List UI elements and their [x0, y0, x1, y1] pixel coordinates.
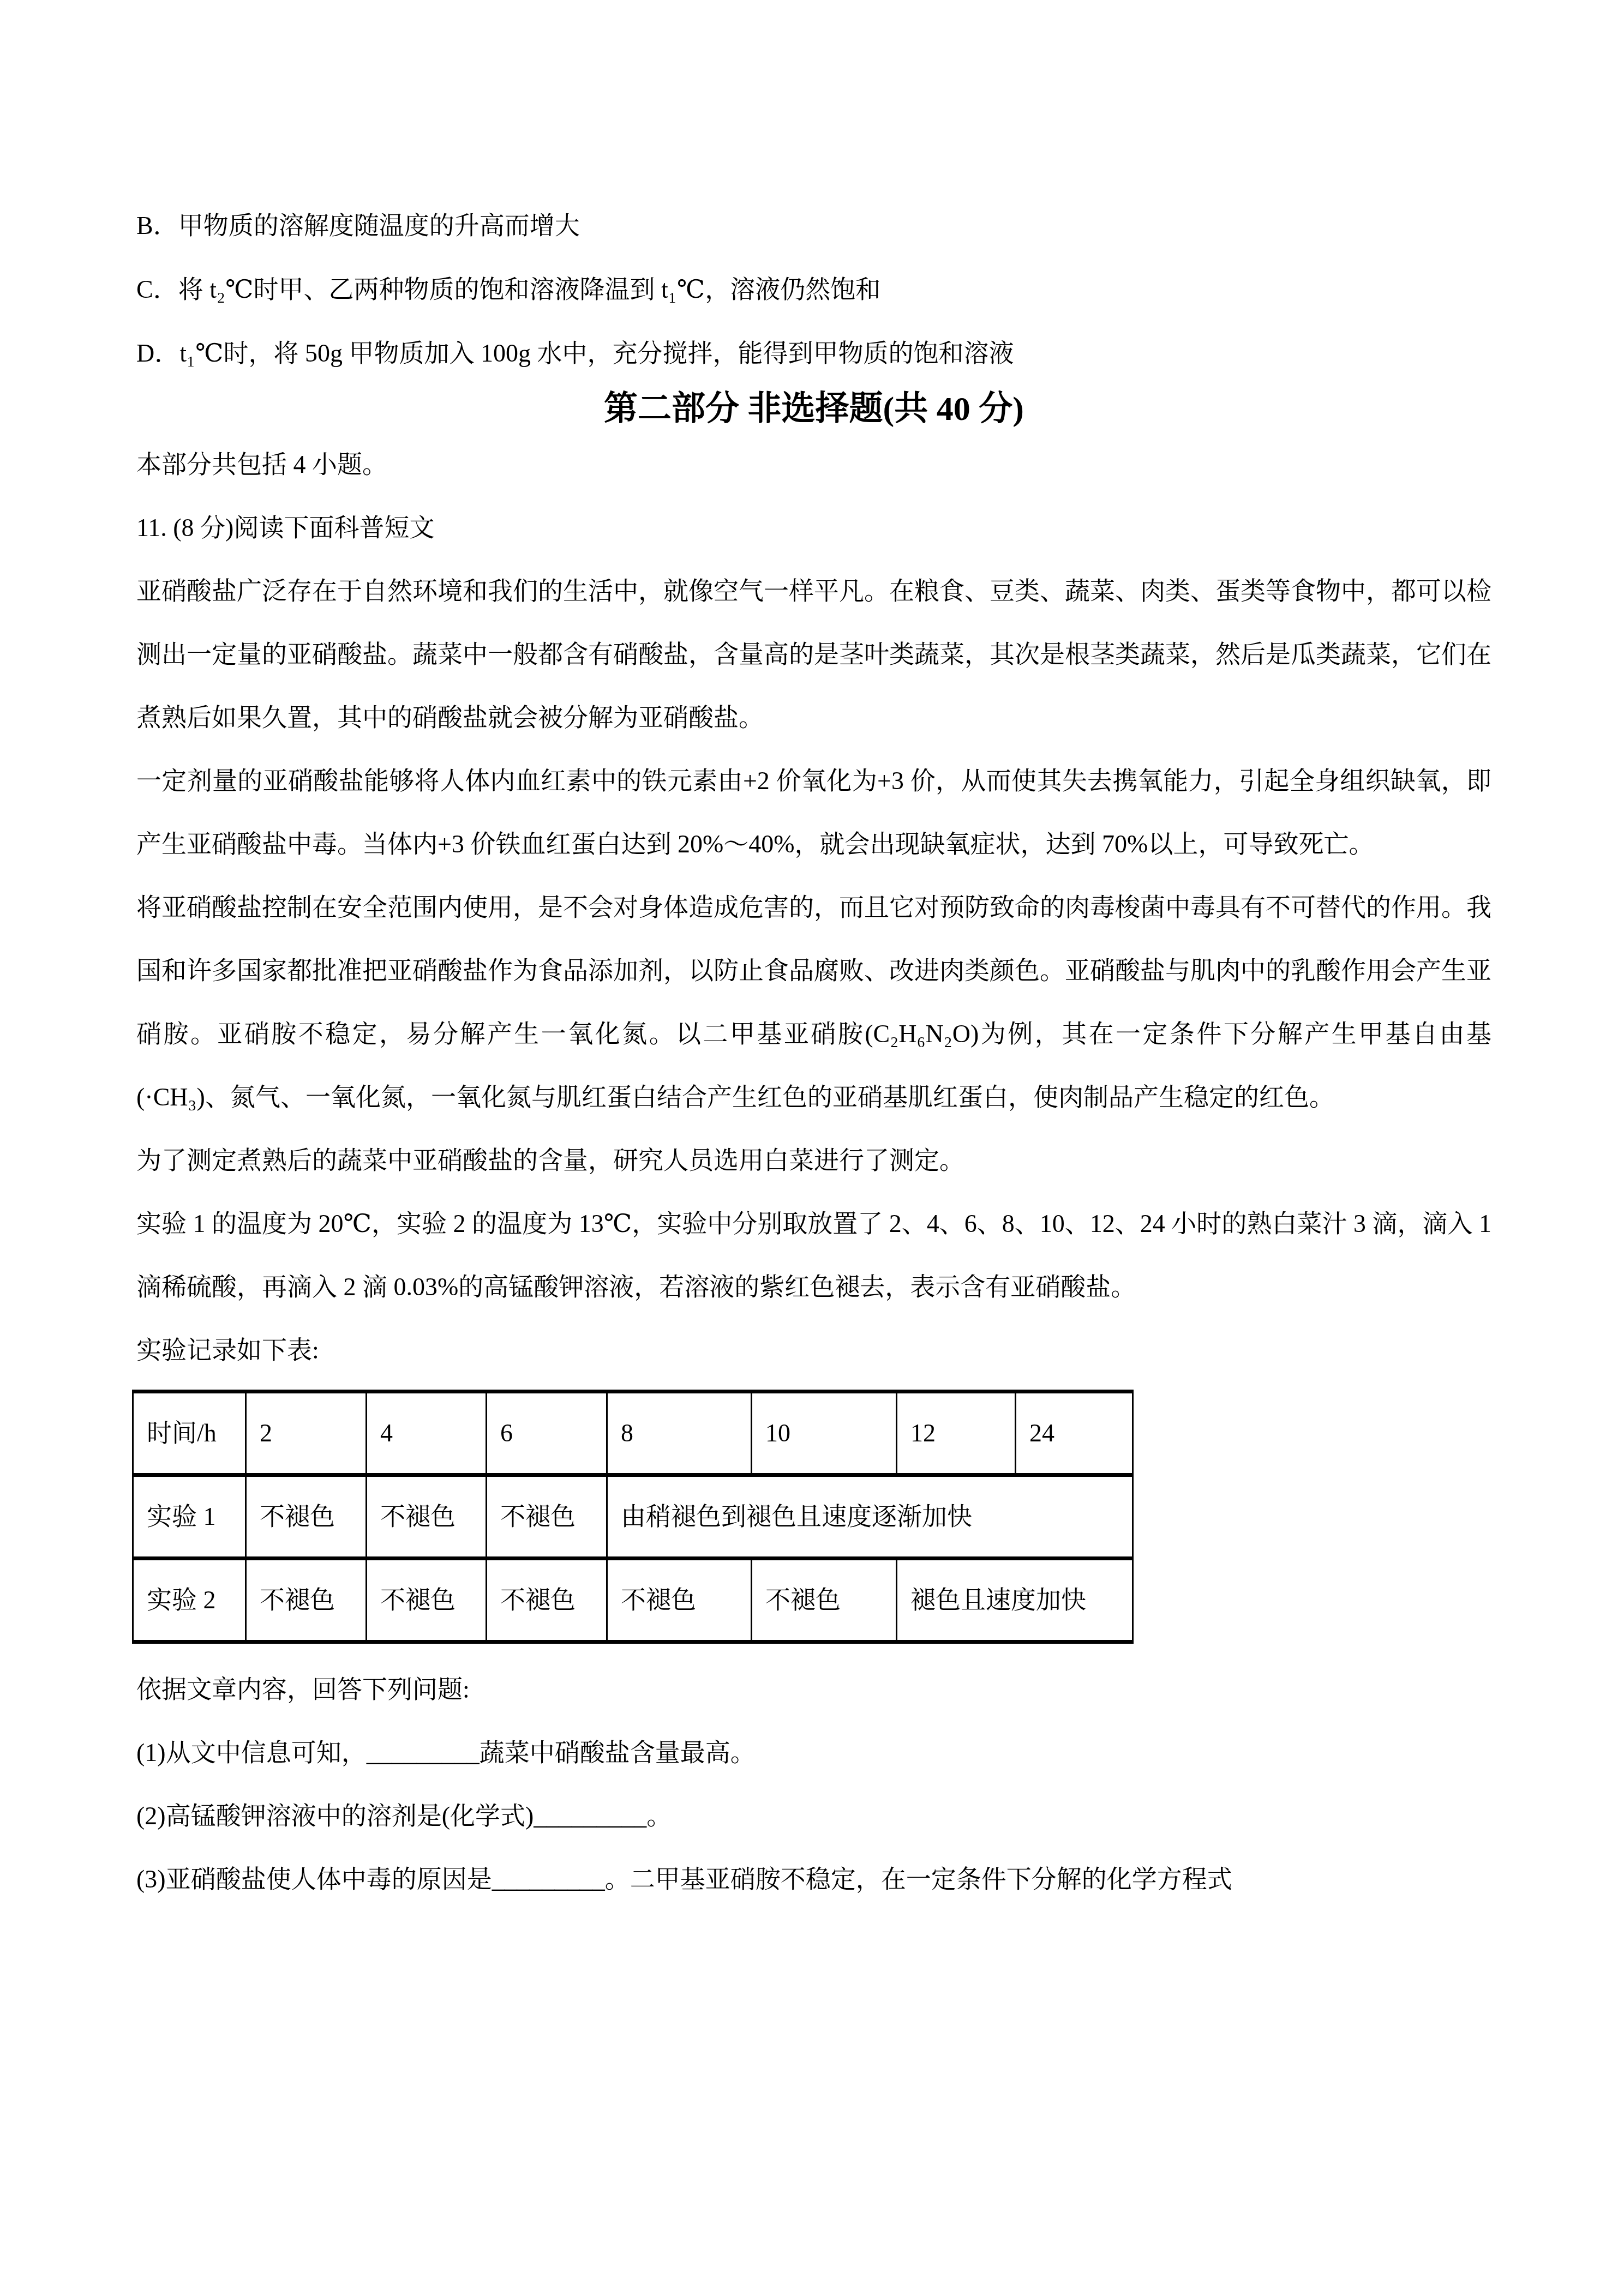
table-row-experiment-1: 实验 1 不褪色 不褪色 不褪色 由稍褪色到褪色且速度逐渐加快: [133, 1475, 1133, 1559]
choice-options: B．甲物质的溶解度随温度的升高而增大 C．将 t₂℃时甲、乙两种物质的饱和溶液降…: [136, 0, 1491, 385]
table-cell-exp1-merged: 由稍褪色到褪色且速度逐渐加快: [607, 1475, 1133, 1559]
table-caption: 实验记录如下表:: [136, 1319, 1491, 1382]
table-row-experiment-2: 实验 2 不褪色 不褪色 不褪色 不褪色 不褪色 褪色且速度加快: [133, 1559, 1133, 1642]
page-content: B．甲物质的溶解度随温度的升高而增大 C．将 t₂℃时甲、乙两种物质的饱和溶液降…: [136, 0, 1491, 1911]
experiment-record-table: 时间/h 2 4 6 8 10 12 24 实验 1 不褪色 不褪色 不褪色 由…: [132, 1390, 1134, 1644]
passage-paragraph-3: 将亚硝酸盐控制在安全范围内使用，是不会对身体造成危害的，而且它对预防致命的肉毒梭…: [136, 876, 1491, 1129]
option-b: B．甲物质的溶解度随温度的升高而增大: [136, 194, 1491, 257]
table-cell-exp2-6h: 不褪色: [487, 1559, 607, 1642]
section-intro: 本部分共包括 4 小题。: [136, 433, 1491, 496]
question-3: (3)亚硝酸盐使人体中毒的原因是_________。二甲基亚硝胺不稳定，在一定条…: [136, 1848, 1491, 1911]
passage-paragraph-4: 为了测定煮熟后的蔬菜中亚硝酸盐的含量，研究人员选用白菜进行了测定。: [136, 1129, 1491, 1192]
passage-paragraph-1: 亚硝酸盐广泛存在于自然环境和我们的生活中，就像空气一样平凡。在粮食、豆类、蔬菜、…: [136, 560, 1491, 749]
passage-paragraph-5: 实验 1 的温度为 20℃，实验 2 的温度为 13℃，实验中分别取放置了 2、…: [136, 1192, 1491, 1319]
table-cell-exp1-label: 实验 1: [133, 1475, 246, 1559]
table-cell-exp2-8h: 不褪色: [607, 1559, 752, 1642]
table-cell-h24: 24: [1016, 1392, 1133, 1475]
passage-paragraph-2: 一定剂量的亚硝酸盐能够将人体内血红素中的铁元素由+2 价氧化为+3 价，从而使其…: [136, 749, 1491, 876]
exam-page: B．甲物质的溶解度随温度的升高而增大 C．将 t₂℃时甲、乙两种物质的饱和溶液降…: [0, 0, 1624, 2296]
question-11-header: 11. (8 分)阅读下面科普短文: [136, 496, 1491, 560]
table-cell-exp2-4h: 不褪色: [367, 1559, 487, 1642]
table-cell-exp2-merged: 褪色且速度加快: [897, 1559, 1133, 1642]
table-cell-h10: 10: [752, 1392, 897, 1475]
table-cell-h8: 8: [607, 1392, 752, 1475]
table-cell-exp2-2h: 不褪色: [246, 1559, 367, 1642]
section-title: 第二部分 非选择题(共 40 分): [136, 385, 1491, 433]
table-cell-h12: 12: [897, 1392, 1016, 1475]
table-cell-exp1-6h: 不褪色: [487, 1475, 607, 1559]
table-cell-h2: 2: [246, 1392, 367, 1475]
table-row-header: 时间/h 2 4 6 8 10 12 24: [133, 1392, 1133, 1475]
table-cell-exp1-4h: 不褪色: [367, 1475, 487, 1559]
table-cell-time-header: 时间/h: [133, 1392, 246, 1475]
question-2: (2)高锰酸钾溶液中的溶剂是(化学式)_________。: [136, 1784, 1491, 1848]
option-c: C．将 t₂℃时甲、乙两种物质的饱和溶液降温到 t₁℃，溶液仍然饱和: [136, 257, 1491, 321]
table-cell-exp1-2h: 不褪色: [246, 1475, 367, 1559]
table-cell-exp2-label: 实验 2: [133, 1559, 246, 1642]
table-cell-h6: 6: [487, 1392, 607, 1475]
option-d: D．t₁℃时，将 50g 甲物质加入 100g 水中，充分搅拌，能得到甲物质的饱…: [136, 321, 1491, 385]
table-cell-exp2-10h: 不褪色: [752, 1559, 897, 1642]
questions-intro: 依据文章内容，回答下列问题:: [136, 1658, 1491, 1721]
question-1: (1)从文中信息可知，_________蔬菜中硝酸盐含量最高。: [136, 1721, 1491, 1784]
table-cell-h4: 4: [367, 1392, 487, 1475]
